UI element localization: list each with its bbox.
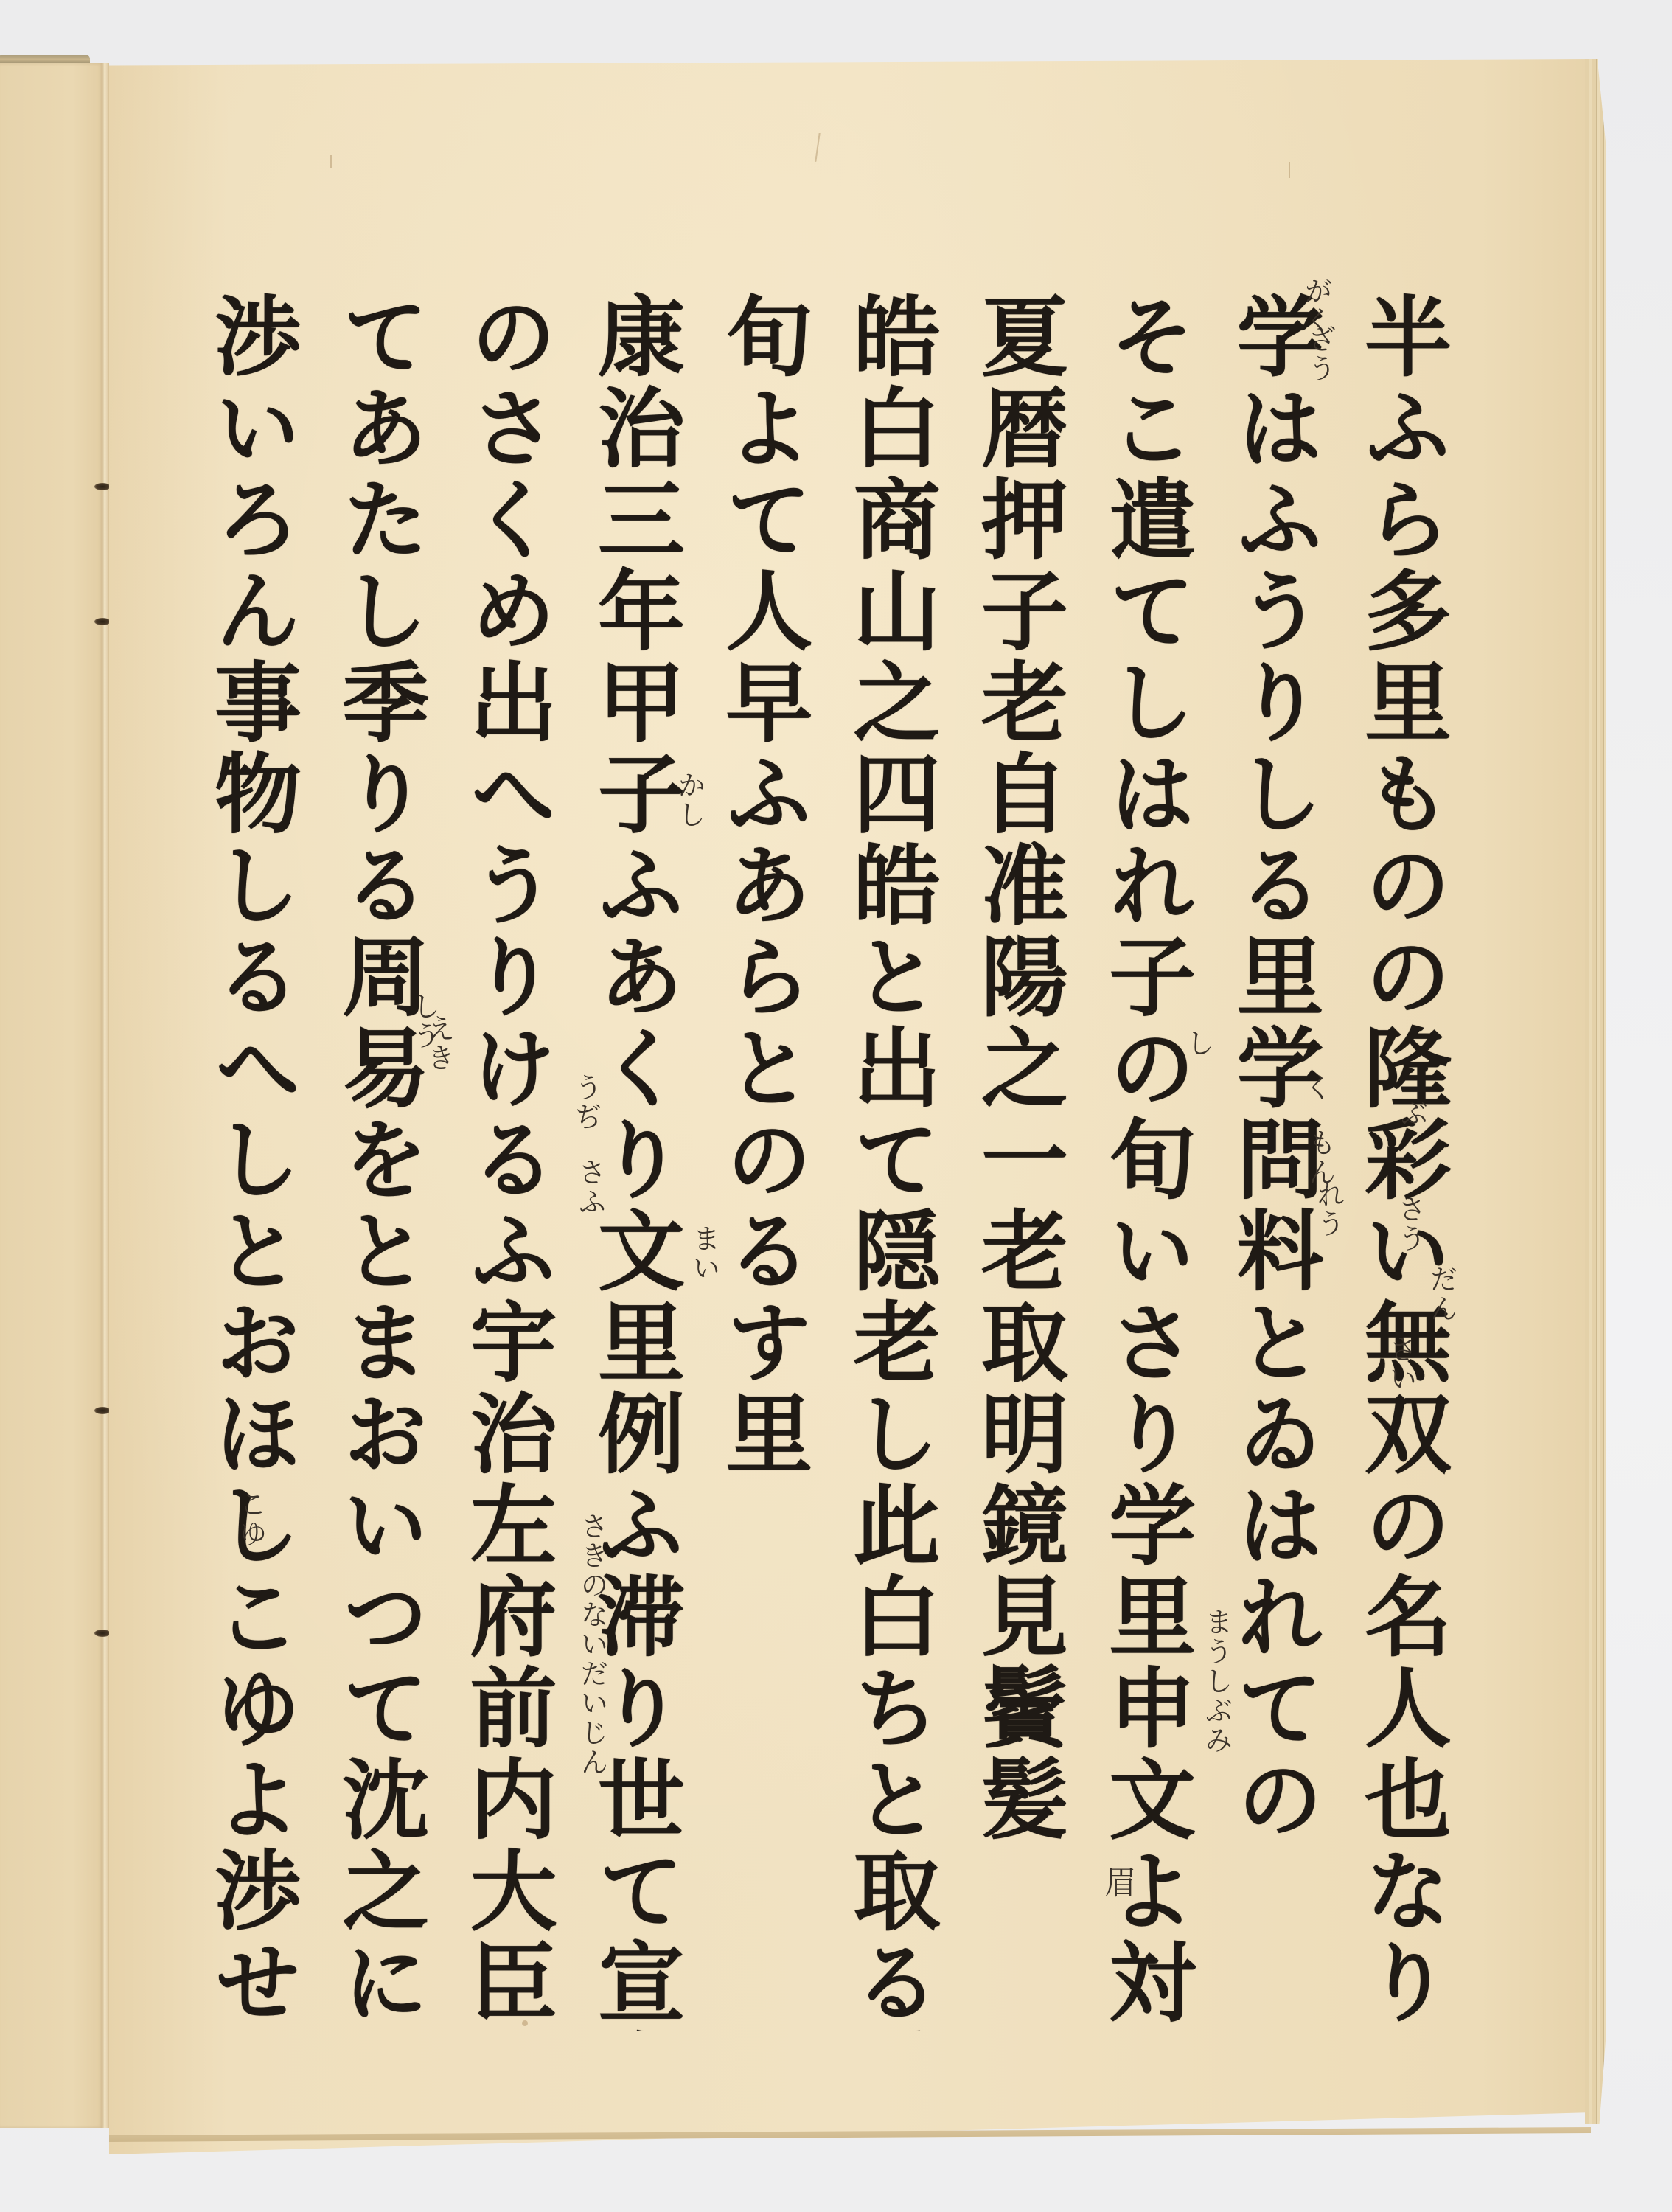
column-text: 半ふら多里ものの隆彩い無双の名人也なりと [1349,291,1452,2031]
column-text: そこ遣てしはれ子の旬いさり学里申文よ対 [1093,291,1196,2028]
left-page [0,63,103,2128]
text-column-4: 夏暦押子老自准陽之一老取明鏡見鬢髪 [966,291,1069,2031]
gloss-note: 眉 [1102,1865,1132,1899]
gloss-furigana: さい [1386,1335,1415,1394]
page-stack-edge [1585,59,1606,2124]
paper-fiber [815,133,821,162]
gloss-furigana: まい [689,1224,719,1283]
stitch-hole-icon [94,618,111,625]
gloss-furigana: えき [424,1014,453,1073]
gloss-furigana: ぶ [1397,1099,1427,1128]
open-book: 半ふら多里ものの隆彩い無双の名人也なりと 学はふうりしる里学問料とゐはれての そ… [0,0,1672,2212]
binding-gutter [102,63,109,2128]
gloss-furigana: さう [1395,1194,1424,1253]
gloss-furigana: かし [675,771,704,829]
text-column-3: そこ遣てしはれ子の旬いさり学里申文よ対 [1093,291,1196,2031]
gloss-furigana: れう [1314,1180,1343,1239]
text-column-5: 皓白商山之四皓と出て隠老し此白ちと取る秀 [838,291,941,2031]
stitch-hole-icon [94,483,111,490]
calligraphy-text-block: 半ふら多里ものの隆彩い無双の名人也なりと 学はふうりしる里学問料とゐはれての そ… [199,291,1452,2031]
text-column-1: 半ふら多里ものの隆彩い無双の名人也なりと [1349,291,1452,2031]
column-text: てあたし季りる周易をとまおいつて沈之に [327,291,430,2028]
text-column-9: てあたし季りる周易をとまおいつて沈之に [327,291,430,2031]
text-column-10: 渉いろん事物しるへしとおほしこゆよ渉せ [199,291,302,2031]
stitch-hole-icon [94,1407,111,1414]
column-text: 夏暦押子老自准陽之一老取明鏡見鬢髪 [966,291,1069,1846]
column-text: 旬よて人早ふあらとのるす里 [710,291,813,1480]
column-text: 皓白商山之四皓と出て隠老し此白ちと取る秀 [838,291,941,2031]
text-column-8: のさくめ出へうりけるふ宇治左府前内大臣よ [455,291,558,2031]
paper-fiber [1289,162,1290,178]
gloss-furigana: こゆ [236,1489,265,1548]
gloss-furigana: さふ [575,1158,605,1217]
gloss-furigana: まうしぶみ [1202,1607,1231,1755]
gloss-furigana: く [1301,1073,1331,1102]
gloss-furigana: さきのないだいじん [577,1512,607,1777]
gloss-furigana: うぢ [571,1073,601,1132]
column-text: 渉いろん事物しるへしとおほしこゆよ渉せ [199,291,302,2028]
stitch-hole-icon [94,1630,111,1637]
gloss-furigana: だん [1427,1265,1456,1324]
gloss-furigana: ざう [1305,324,1334,383]
paper-fiber [330,155,332,168]
gloss-furigana: し [1183,1029,1213,1058]
gloss-furigana: もん [1305,1128,1334,1187]
column-text: のさくめ出へうりけるふ宇治左府前内大臣よ [455,291,558,2031]
text-column-6: 旬よて人早ふあらとのるす里 [710,291,813,2031]
column-text: 学はふうりしる里学問料とゐはれての [1222,291,1325,1846]
